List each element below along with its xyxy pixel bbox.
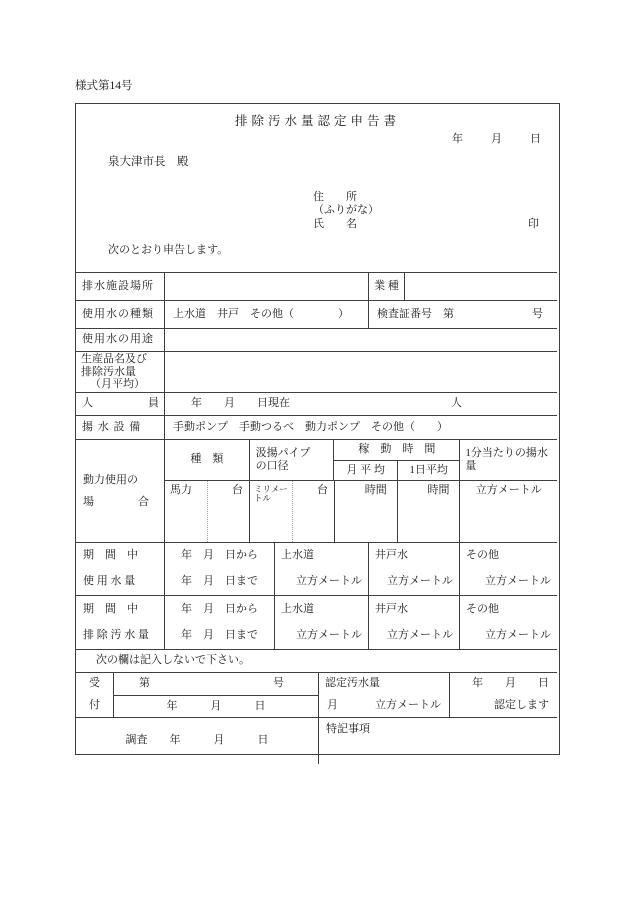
period-discharge-label: 期 間 中 排 除 汚 水 量 [76, 596, 164, 649]
period-usage-to: 年 月 日まで [165, 575, 274, 588]
period-discharge-to: 年 月 日まで [165, 629, 274, 642]
furigana-label: （ふりがな） [313, 204, 559, 218]
operating-hours-group: 稼 動 時 間 月 平 均 1日平均 [333, 440, 459, 480]
reception-label-char2: 付 [76, 699, 113, 712]
row-office-note: 次の欄は記入しないで下さい。 [76, 649, 557, 672]
personnel-label: 人 員 [76, 393, 164, 415]
period-usage-label-line2: 使 用 水 量 [83, 575, 164, 588]
other-water-unit: 立方メートル [460, 629, 557, 642]
survey-date: 調査 年 月 日 [76, 718, 318, 764]
seal-mark: 印 [528, 218, 539, 232]
well-water-label: 井戸水 [369, 603, 459, 616]
period-usage-well-water: 井戸水 立方メートル [368, 543, 459, 595]
inspection-cert-suffix: 号 [532, 308, 543, 321]
row-water-use: 使用水の用途 [76, 328, 557, 351]
industry-field [404, 273, 557, 300]
kind-header: 種 類 [165, 440, 249, 480]
remarks-label: 特記事項 [326, 723, 370, 735]
pipe-header: 汲揚パイプ の口径 [249, 440, 334, 480]
row-survey: 調査 年 月 日 特記事項 [76, 717, 557, 764]
addressee: 泉大津市長 殿 [76, 156, 559, 170]
reception-number-line: 第 号 [114, 673, 318, 695]
millimeter-unit: ミリメートル [250, 481, 292, 542]
other-water-label: その他 [460, 549, 557, 562]
period-discharge-dates: 年 月 日から 年 月 日まで [164, 596, 274, 649]
tap-water-label: 上水道 [275, 603, 368, 616]
period-usage-from: 年 月 日から [165, 549, 274, 562]
product-label-line3: （月平均） [81, 378, 164, 391]
certification-date-cell: 年 月 日 認定します [449, 673, 557, 717]
certified-volume-month: 月 [327, 699, 338, 712]
form-title: 排除汚水量認定申告書 [76, 114, 559, 129]
power-use-label-line1: 動力使用の [83, 469, 164, 491]
horsepower-unit: 馬力 [165, 481, 207, 542]
power-use-entry-row: 馬力 台 ミリメートル 台 時間 時間 立方メートル [165, 480, 557, 542]
period-discharge-from: 年 月 日から [165, 603, 274, 616]
period-usage-tap-water: 上水道 立方メートル [274, 543, 368, 595]
row-personnel: 人 員 年 月 日現在 人 [76, 392, 557, 415]
drainage-location-field [164, 273, 368, 300]
reception-label-char1: 受 [76, 677, 113, 690]
period-discharge-tap-water: 上水道 立方メートル [274, 596, 368, 649]
form-number: 様式第14号 [75, 80, 133, 94]
row-product: 生産品名及び 排除汚水量 （月平均） [76, 351, 557, 392]
period-discharge-other: その他 立方メートル [459, 596, 557, 649]
water-use-field [164, 329, 557, 351]
certified-volume-unit: 立方メートル [375, 699, 441, 712]
pipe-header-line1: 汲揚パイプ [256, 447, 334, 460]
personnel-field: 年 月 日現在 人 [164, 393, 557, 415]
product-label-line2: 排除汚水量 [81, 366, 164, 379]
operating-hours-header: 稼 動 時 間 [334, 440, 459, 460]
row-period-discharge: 期 間 中 排 除 汚 水 量 年 月 日から 年 月 日まで 上水道 立方メー… [76, 595, 557, 649]
well-water-unit: 立方メートル [369, 629, 459, 642]
form-border-box: 排除汚水量認定申告書 年 月 日 泉大津市長 殿 住 所 （ふりがな） 氏 名 … [75, 103, 560, 755]
period-discharge-label-line2: 排 除 汚 水 量 [83, 629, 164, 642]
product-label-line1: 生産品名及び [81, 353, 164, 366]
inspection-cert-cell: 検査証番号 第 号 [368, 301, 557, 328]
per-minute-unit: 立方メートル [459, 481, 557, 542]
inspection-cert-label: 検査証番号 第 [377, 308, 454, 321]
industry-label: 業 種 [368, 273, 404, 300]
personnel-unit: 人 [451, 397, 462, 410]
tap-water-label: 上水道 [275, 549, 368, 562]
reception-label: 受 付 [76, 673, 113, 717]
reception-number-prefix: 第 [139, 677, 150, 690]
pipe-count-unit: 台 [292, 481, 335, 542]
row-reception: 受 付 第 号 年 月 日 認定汚水量 月 立方メートル [76, 672, 557, 717]
section-power-use: 動力使用の 場 合 種 類 汲揚パイプ の口径 稼 動 時 間 [76, 439, 557, 542]
certified-volume-cell: 認定汚水量 月 立方メートル [318, 673, 449, 717]
form-table: 排水施設場所 業 種 使用水の種類 上水道 井戸 その他（ ） 検査証番号 第 … [76, 272, 557, 764]
applicant-block: 住 所 （ふりがな） 氏 名 印 [313, 191, 559, 232]
other-water-label: その他 [460, 603, 557, 616]
water-type-label: 使用水の種類 [76, 301, 164, 328]
personnel-date-text: 年 月 日現在 [191, 397, 290, 410]
monthly-average-header: 月 平 均 [334, 461, 397, 480]
product-field [164, 352, 557, 392]
drainage-location-label: 排水施設場所 [76, 273, 164, 300]
well-water-label: 井戸水 [369, 549, 459, 562]
pipe-entry-cell: ミリメートル 台 [249, 481, 334, 542]
period-discharge-label-line1: 期 間 中 [83, 603, 164, 616]
name-label: 氏 名 [313, 218, 357, 232]
reception-date: 年 月 日 [114, 695, 318, 718]
daily-hours-unit: 時間 [397, 481, 460, 542]
certified-volume-value-line: 月 立方メートル [319, 699, 449, 712]
power-use-label: 動力使用の 場 合 [76, 440, 164, 542]
power-use-grid: 種 類 汲揚パイプ の口径 稼 動 時 間 月 平 均 1日平均 [164, 440, 557, 542]
water-use-label: 使用水の用途 [76, 329, 164, 351]
kind-entry-cell: 馬力 台 [165, 481, 249, 542]
scanned-form-page: 様式第14号 排除汚水量認定申告書 年 月 日 泉大津市長 殿 住 所 （ふりが… [0, 0, 630, 915]
other-water-unit: 立方メートル [460, 575, 557, 588]
tap-water-unit: 立方メートル [275, 575, 368, 588]
period-usage-other: その他 立方メートル [459, 543, 557, 595]
certification-date: 年 月 日 [450, 677, 549, 690]
row-water-type: 使用水の種類 上水道 井戸 その他（ ） 検査証番号 第 号 [76, 300, 557, 328]
monthly-hours-unit: 時間 [334, 481, 397, 542]
daily-average-header: 1日平均 [397, 461, 460, 480]
well-water-unit: 立方メートル [369, 575, 459, 588]
certification-suffix: 認定します [450, 699, 549, 712]
row-pumping-equipment: 揚 水 設 備 手動ポンプ 手動つるべ 動力ポンプ その他（ ） [76, 415, 557, 439]
period-usage-label: 期 間 中 使 用 水 量 [76, 543, 164, 595]
remarks-cell: 特記事項 [318, 718, 557, 764]
water-type-options: 上水道 井戸 その他（ ） [164, 301, 368, 328]
office-note: 次の欄は記入しないで下さい。 [76, 650, 557, 672]
power-use-header: 種 類 汲揚パイプ の口径 稼 動 時 間 月 平 均 1日平均 [165, 440, 557, 480]
reception-number-suffix: 号 [273, 677, 284, 690]
submission-date-line: 年 月 日 [76, 133, 559, 146]
reception-number-block: 第 号 年 月 日 [113, 673, 318, 717]
product-label: 生産品名及び 排除汚水量 （月平均） [76, 352, 164, 392]
tap-water-unit: 立方メートル [275, 629, 368, 642]
operating-hours-subheader: 月 平 均 1日平均 [334, 460, 459, 480]
per-minute-header: 1分当たりの揚水量 [459, 440, 557, 480]
row-drainage-location: 排水施設場所 業 種 [76, 272, 557, 300]
certified-volume-label: 認定汚水量 [319, 677, 449, 690]
period-usage-dates: 年 月 日から 年 月 日まで [164, 543, 274, 595]
period-discharge-well-water: 井戸水 立方メートル [368, 596, 459, 649]
intro-sentence: 次のとおり申告します。 [76, 244, 559, 257]
power-use-label-line2: 場 合 [83, 491, 164, 513]
pumping-equipment-label: 揚 水 設 備 [76, 416, 164, 439]
period-usage-label-line1: 期 間 中 [83, 549, 164, 562]
pumping-equipment-options: 手動ポンプ 手動つるべ 動力ポンプ その他（ ） [164, 416, 557, 439]
address-label: 住 所 [313, 191, 559, 205]
horsepower-count-unit: 台 [207, 481, 249, 542]
name-row: 氏 名 印 [313, 218, 559, 232]
row-period-usage: 期 間 中 使 用 水 量 年 月 日から 年 月 日まで 上水道 立方メートル… [76, 542, 557, 595]
pipe-header-line2: の口径 [256, 460, 334, 473]
